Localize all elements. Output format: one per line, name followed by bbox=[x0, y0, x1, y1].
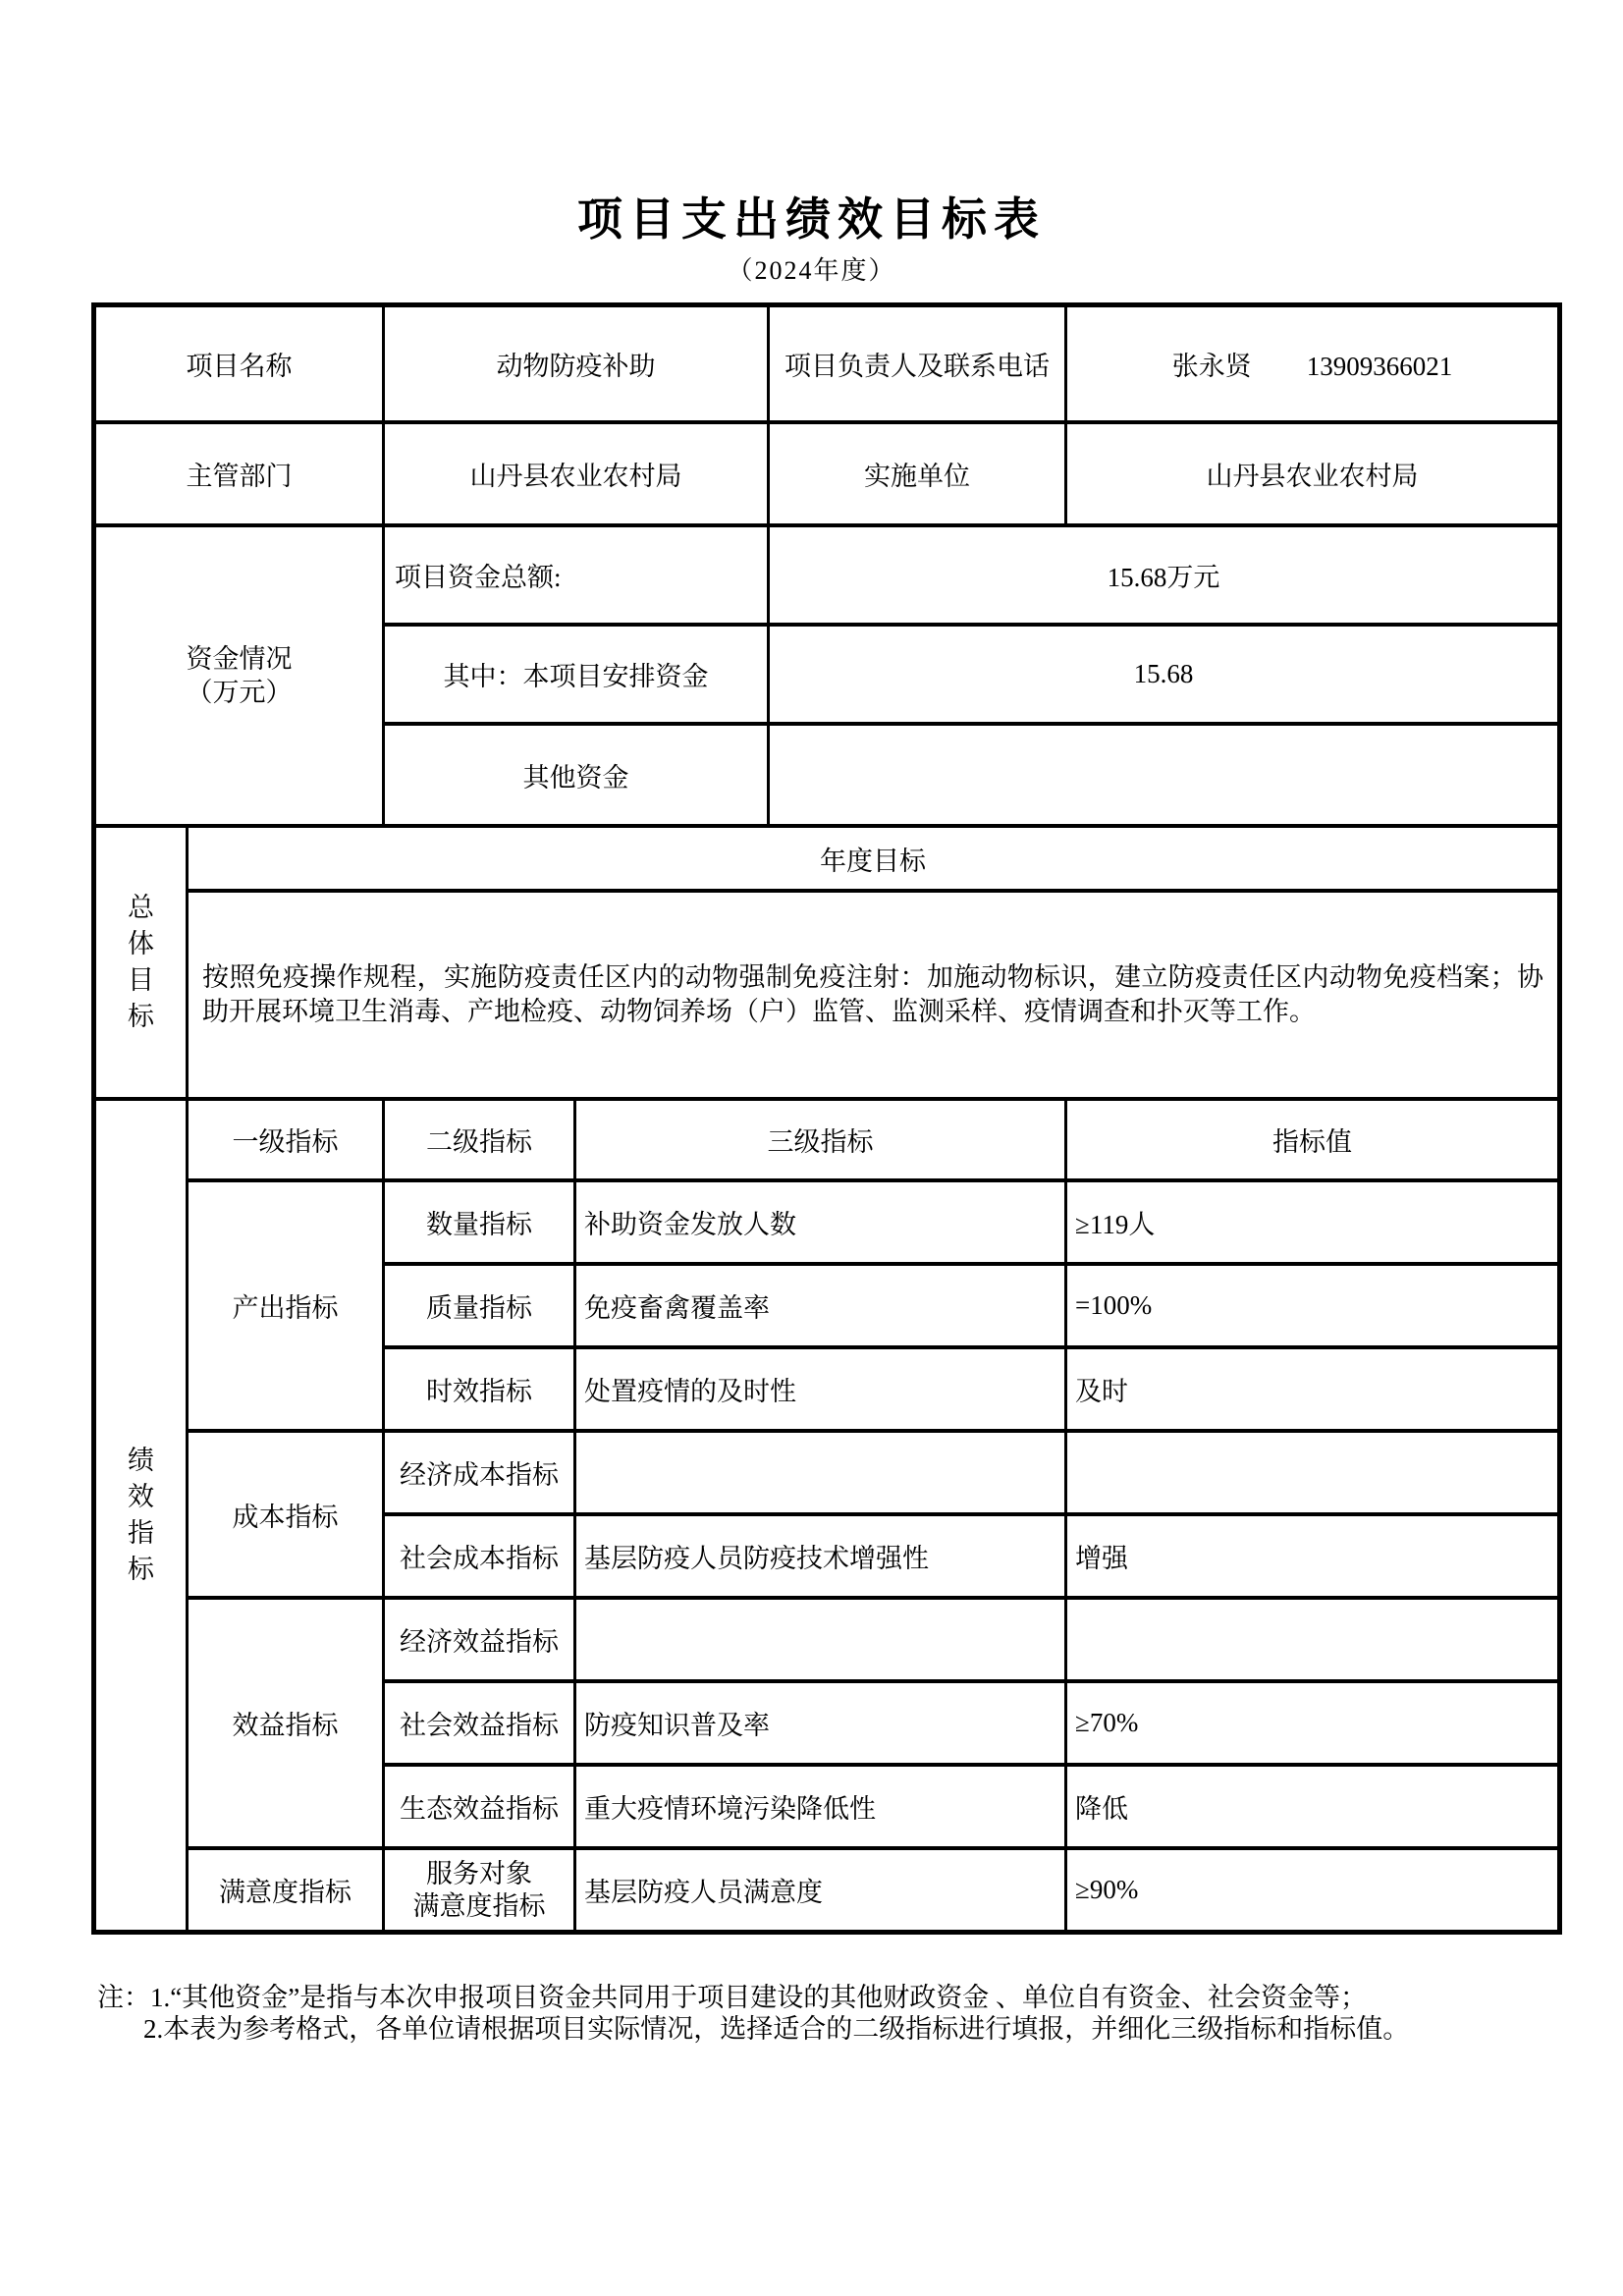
funds-other-label-cell: 其他资金 bbox=[384, 724, 769, 826]
header-level1-cell: 一级指标 bbox=[188, 1099, 384, 1180]
ind-char-4: 标 bbox=[104, 1552, 178, 1588]
tertiary-indicator-cell: 免疫畜禽覆盖率 bbox=[575, 1264, 1066, 1347]
secondary-line2: 满意度指标 bbox=[387, 1890, 571, 1923]
tertiary-indicator-cell: 基层防疫人员防疫技术增强性 bbox=[575, 1514, 1066, 1598]
leader-value-cell: 张永贤13909366021 bbox=[1066, 304, 1560, 422]
indicators-label-cell: 绩 效 指 标 bbox=[94, 1099, 188, 1932]
tertiary-indicator-cell: 防疫知识普及率 bbox=[575, 1681, 1066, 1765]
funds-other-value-cell bbox=[769, 724, 1560, 826]
funds-label-line2: （万元） bbox=[104, 676, 374, 709]
tertiary-indicator-cell: 基层防疫人员满意度 bbox=[575, 1848, 1066, 1932]
footnote-1-text: “其他资金”是指与本次申报项目资金共同用于项目建设的其他财政资金 、单位自有资金… bbox=[170, 1983, 1367, 2012]
group-satisfaction-label-cell: 满意度指标 bbox=[188, 1848, 384, 1932]
annual-goal-header-cell: 年度目标 bbox=[188, 826, 1560, 891]
funds-arranged-value-cell: 15.68 bbox=[769, 625, 1560, 724]
footnote-2: 2.本表为参考格式，各单位请根据项目实际情况，选择适合的二级指标进行填报，并细化… bbox=[97, 2013, 1472, 2045]
funds-total-value-cell: 15.68万元 bbox=[769, 525, 1560, 625]
annual-goal-text-cell: 按照免疫操作规程，实施防疫责任区内的动物强制免疫注射：加施动物标识，建立防疫责任… bbox=[188, 891, 1560, 1099]
group-output-label-cell: 产出指标 bbox=[188, 1180, 384, 1431]
secondary-indicator-cell: 质量指标 bbox=[384, 1264, 575, 1347]
tertiary-indicator-cell: 处置疫情的及时性 bbox=[575, 1347, 1066, 1431]
page-title: 项目支出绩效目标表 bbox=[0, 0, 1623, 246]
indicator-value-cell: 降低 bbox=[1066, 1765, 1560, 1848]
dept-value-cell: 山丹县农业农村局 bbox=[384, 422, 769, 525]
document-page: 项目支出绩效目标表 （2024年度） 项目名称 动物防疫补助 项目负责人及联系电… bbox=[0, 0, 1623, 2296]
secondary-indicator-cell: 服务对象 满意度指标 bbox=[384, 1848, 575, 1932]
secondary-indicator-cell: 数量指标 bbox=[384, 1180, 575, 1264]
tertiary-indicator-cell: 重大疫情环境污染降低性 bbox=[575, 1765, 1066, 1848]
header-level3-cell: 三级指标 bbox=[575, 1099, 1066, 1180]
funds-label-line1: 资金情况 bbox=[104, 642, 374, 676]
table-row: 满意度指标 服务对象 满意度指标 基层防疫人员满意度 ≥90% bbox=[94, 1848, 1560, 1932]
goal-char-3: 目 bbox=[104, 962, 178, 999]
performance-target-table: 项目名称 动物防疫补助 项目负责人及联系电话 张永贤13909366021 主管… bbox=[91, 302, 1562, 1935]
footnote-1: 注：1.“其他资金”是指与本次申报项目资金共同用于项目建设的其他财政资金 、单位… bbox=[97, 1982, 1472, 2013]
indicator-value-cell: =100% bbox=[1066, 1264, 1560, 1347]
secondary-indicator-cell: 时效指标 bbox=[384, 1347, 575, 1431]
funds-section-label-cell: 资金情况 （万元） bbox=[94, 525, 384, 826]
goal-char-2: 体 bbox=[104, 926, 178, 962]
overall-goal-label-cell: 总 体 目 标 bbox=[94, 826, 188, 1099]
dept-label-cell: 主管部门 bbox=[94, 422, 384, 525]
secondary-line1: 服务对象 bbox=[387, 1858, 571, 1890]
ind-char-1: 绩 bbox=[104, 1443, 178, 1479]
table-row: 效益指标 经济效益指标 bbox=[94, 1598, 1560, 1681]
impl-label-cell: 实施单位 bbox=[769, 422, 1066, 525]
goal-char-1: 总 bbox=[104, 890, 178, 926]
indicator-value-cell: ≥70% bbox=[1066, 1681, 1560, 1765]
indicator-value-cell: ≥90% bbox=[1066, 1848, 1560, 1932]
table-row: 成本指标 经济成本指标 bbox=[94, 1431, 1560, 1514]
indicator-value-cell bbox=[1066, 1598, 1560, 1681]
footnote-2-text: 本表为参考格式，各单位请根据项目实际情况，选择适合的二级指标进行填报，并细化三级… bbox=[163, 2014, 1409, 2044]
secondary-indicator-cell: 社会效益指标 bbox=[384, 1681, 575, 1765]
group-cost-label-cell: 成本指标 bbox=[188, 1431, 384, 1598]
secondary-indicator-cell: 社会成本指标 bbox=[384, 1514, 575, 1598]
secondary-indicator-cell: 经济效益指标 bbox=[384, 1598, 575, 1681]
impl-value-cell: 山丹县农业农村局 bbox=[1066, 422, 1560, 525]
group-benefit-label-cell: 效益指标 bbox=[188, 1598, 384, 1848]
indicator-value-cell bbox=[1066, 1431, 1560, 1514]
indicator-value-cell: ≥119人 bbox=[1066, 1180, 1560, 1264]
funds-total-label-cell: 项目资金总额: bbox=[384, 525, 769, 625]
funds-arranged-label-cell: 其中：本项目安排资金 bbox=[384, 625, 769, 724]
indicator-value-cell: 及时 bbox=[1066, 1347, 1560, 1431]
leader-label-cell: 项目负责人及联系电话 bbox=[769, 304, 1066, 422]
footnote-1-marker: 注：1. bbox=[97, 1983, 170, 2012]
header-value-cell: 指标值 bbox=[1066, 1099, 1560, 1180]
secondary-indicator-cell: 经济成本指标 bbox=[384, 1431, 575, 1514]
tertiary-indicator-cell bbox=[575, 1431, 1066, 1514]
footnotes: 注：1.“其他资金”是指与本次申报项目资金共同用于项目建设的其他财政资金 、单位… bbox=[97, 1982, 1472, 2045]
tertiary-indicator-cell bbox=[575, 1598, 1066, 1681]
header-level2-cell: 二级指标 bbox=[384, 1099, 575, 1180]
goal-char-4: 标 bbox=[104, 999, 178, 1035]
footnote-2-marker: 2. bbox=[143, 2014, 163, 2044]
leader-name: 张永贤 bbox=[1172, 352, 1252, 381]
secondary-indicator-cell: 生态效益指标 bbox=[384, 1765, 575, 1848]
ind-char-3: 指 bbox=[104, 1515, 178, 1552]
tertiary-indicator-cell: 补助资金发放人数 bbox=[575, 1180, 1066, 1264]
leader-phone: 13909366021 bbox=[1307, 352, 1453, 381]
page-subtitle: （2024年度） bbox=[0, 250, 1623, 287]
indicator-value-cell: 增强 bbox=[1066, 1514, 1560, 1598]
project-name-label-cell: 项目名称 bbox=[94, 304, 384, 422]
ind-char-2: 效 bbox=[104, 1479, 178, 1515]
project-name-value-cell: 动物防疫补助 bbox=[384, 304, 769, 422]
table-row: 产出指标 数量指标 补助资金发放人数 ≥119人 bbox=[94, 1180, 1560, 1264]
